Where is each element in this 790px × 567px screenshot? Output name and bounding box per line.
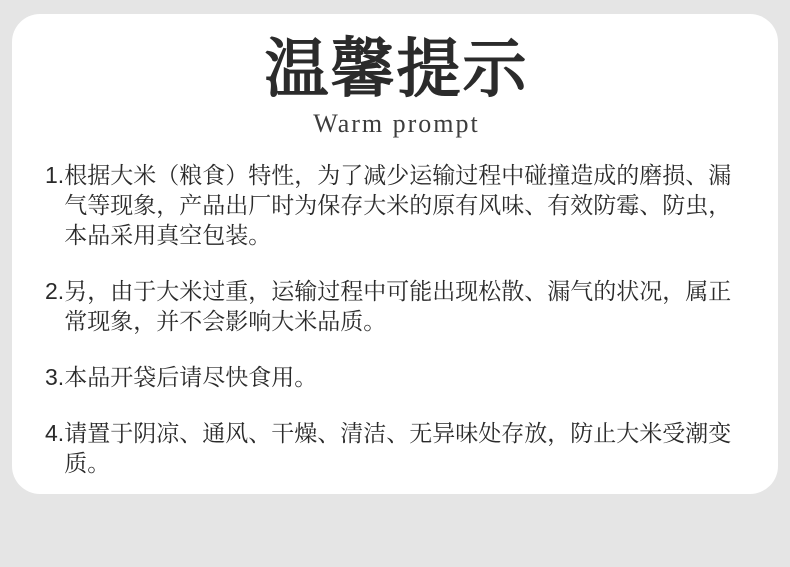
notice-item-3: 3. 本品开袋后请尽快食用。	[45, 362, 748, 392]
notice-text: 本品开袋后请尽快食用。	[64, 362, 748, 392]
notice-text: 根据大米（粮食）特性，为了减少运输过程中碰撞造成的磨损、漏气等现象，产品出厂时为…	[64, 160, 748, 250]
notice-number: 1.	[45, 160, 64, 190]
notice-number: 3.	[45, 362, 64, 392]
notice-item-4: 4. 请置于阴凉、通风、干燥、清洁、无异味处存放，防止大米受潮变质。	[45, 418, 748, 478]
notice-text: 另，由于大米过重，运输过程中可能出现松散、漏气的状况，属正常现象，并不会影响大米…	[64, 276, 748, 336]
notice-image: 温馨提示 Warm prompt 1. 根据大米（粮食）特性，为了减少运输过程中…	[0, 0, 790, 567]
notice-item-2: 2. 另，由于大米过重，运输过程中可能出现松散、漏气的状况，属正常现象，并不会影…	[45, 276, 748, 336]
notice-item-1: 1. 根据大米（粮食）特性，为了减少运输过程中碰撞造成的磨损、漏气等现象，产品出…	[45, 160, 748, 250]
page-title: 温馨提示	[45, 34, 748, 106]
notice-number: 4.	[45, 418, 64, 448]
notice-number: 2.	[45, 276, 64, 306]
notice-text: 请置于阴凉、通风、干燥、清洁、无异味处存放，防止大米受潮变质。	[64, 418, 748, 478]
notice-list: 1. 根据大米（粮食）特性，为了减少运输过程中碰撞造成的磨损、漏气等现象，产品出…	[45, 160, 748, 478]
notice-card: 温馨提示 Warm prompt 1. 根据大米（粮食）特性，为了减少运输过程中…	[12, 14, 778, 494]
page-subtitle: Warm prompt	[45, 110, 748, 139]
